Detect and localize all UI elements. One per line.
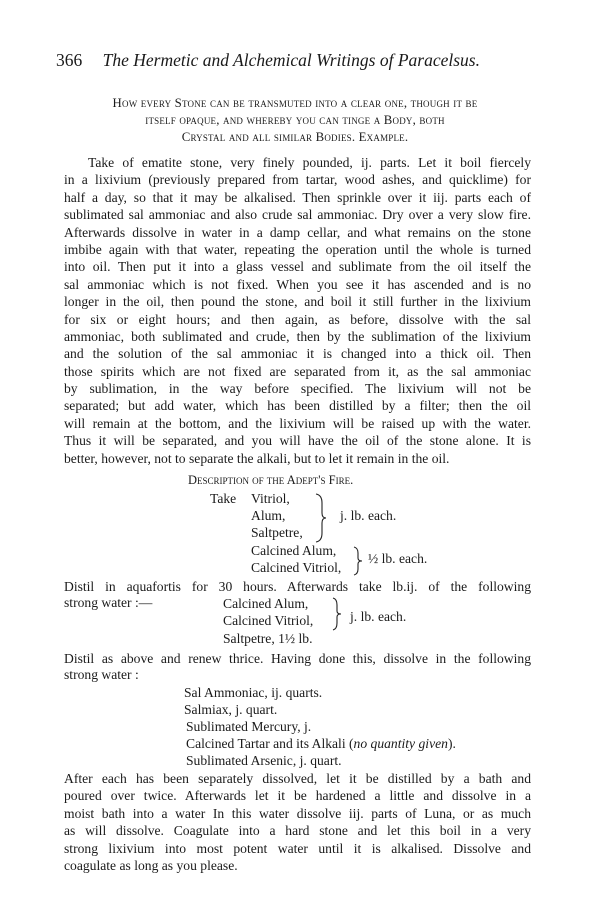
- section-heading: How every Stone can be transmuted into a…: [50, 95, 540, 146]
- text-line: Take of ematite stone, very finely pound…: [64, 154, 531, 171]
- recipe-item: Sublimated Mercury, j.: [186, 719, 311, 735]
- recipe-note: no quantity given: [354, 736, 448, 751]
- text-line: Afterwards dissolve in water in a damp c…: [64, 224, 531, 241]
- paragraph-2: Distil in aquafortis for 30 hours. After…: [64, 578, 531, 595]
- recipe-quantity: j. lb. each.: [340, 508, 396, 524]
- text-line: Thus it will be separated, and you will …: [64, 432, 531, 449]
- recipe-item: Vitriol,: [251, 491, 290, 507]
- recipe-item: Sublimated Arsenic, j. quart.: [186, 753, 342, 769]
- text-line: will remain at the bottom, and the lixiv…: [64, 415, 531, 432]
- text-line: strong lixivium into most potent water u…: [64, 840, 531, 857]
- text-line: Distil in aquafortis for 30 hours. After…: [64, 578, 531, 595]
- text-line: poured over twice. Afterwards let it be …: [64, 787, 531, 804]
- brace-icon: [331, 597, 343, 631]
- text-line: After each has been separately dissolved…: [64, 770, 531, 787]
- text-line: half a day, so that it may be alkalised.…: [64, 189, 531, 206]
- recipe-item: Saltpetre, 1½ lb.: [223, 631, 312, 647]
- paragraph-4: After each has been separately dissolved…: [64, 770, 531, 874]
- text-line: strong water :—: [64, 595, 152, 611]
- brace-icon: [314, 493, 328, 543]
- text-line: Distil as above and renew thrice. Having…: [64, 650, 531, 667]
- brace-icon: [352, 546, 364, 576]
- text-line: longer in the oil, then pound the stone,…: [64, 293, 531, 310]
- recipe-item: Calcined Vitriol,: [223, 613, 313, 629]
- book-title: The Hermetic and Alchemical Writings of …: [103, 50, 480, 70]
- take-label: Take: [210, 491, 236, 507]
- recipe-item: Sal Ammoniac, ij. quarts.: [184, 685, 322, 701]
- text-line: strong water :: [64, 667, 139, 683]
- text-line: for six or eight hours; and then again, …: [64, 311, 531, 328]
- recipe-item-with-note: Calcined Tartar and its Alkali (no quant…: [186, 736, 456, 752]
- recipe-item: Alum,: [251, 508, 285, 524]
- text-line: sublimated sal ammoniac and also crude s…: [64, 206, 531, 223]
- heading-line: itself opaque, and whereby you can tinge…: [50, 112, 540, 129]
- recipe-item: Calcined Alum,: [251, 543, 336, 559]
- heading-line: How every Stone can be transmuted into a…: [50, 95, 540, 112]
- recipe-item: Calcined Alum,: [223, 596, 308, 612]
- text-line: those spirits which are not fixed are se…: [64, 363, 531, 380]
- text-line: coagulate as long as you please.: [64, 857, 531, 874]
- text-line: moist bath into a water In this water di…: [64, 805, 531, 822]
- paragraph-3: Distil as above and renew thrice. Having…: [64, 650, 531, 667]
- subheading: Description of the Adept's Fire.: [188, 473, 353, 488]
- recipe-item: Calcined Vitriol,: [251, 560, 341, 576]
- heading-line: Crystal and all similar Bodies. Example.: [50, 129, 540, 146]
- recipe-item-text: Calcined Tartar and its Alkali (: [186, 736, 354, 751]
- text-line: imbibe again with that water, repeating …: [64, 241, 531, 258]
- recipe-quantity: ½ lb. each.: [368, 551, 427, 567]
- recipe-item: Saltpetre,: [251, 525, 303, 541]
- text-line: into oil. Then put it into a glass vesse…: [64, 258, 531, 275]
- page-number: 366: [56, 50, 82, 70]
- text-line: ammoniac, both sublimated and crude, the…: [64, 328, 531, 345]
- text-line: sal ammoniac which is not fixed. When yo…: [64, 276, 531, 293]
- text-line: by sublimation, in the way before specif…: [64, 380, 531, 397]
- recipe-item: Salmiax, j. quart.: [184, 702, 277, 718]
- text-line: separated; but add water, which has been…: [64, 397, 531, 414]
- text-line: in a lixivium (previously prepared from …: [64, 171, 531, 188]
- recipe-note-close: ).: [448, 736, 456, 751]
- running-head: 366 The Hermetic and Alchemical Writings…: [56, 50, 536, 71]
- text-line: and the solution of the sal ammoniac it …: [64, 345, 531, 362]
- text-line: as will dissolve. Coagulate into a hard …: [64, 822, 531, 839]
- text-line: better, however, not to separate the alk…: [64, 450, 531, 467]
- paragraph-1: Take of ematite stone, very finely pound…: [64, 154, 531, 467]
- recipe-quantity: j. lb. each.: [350, 609, 406, 625]
